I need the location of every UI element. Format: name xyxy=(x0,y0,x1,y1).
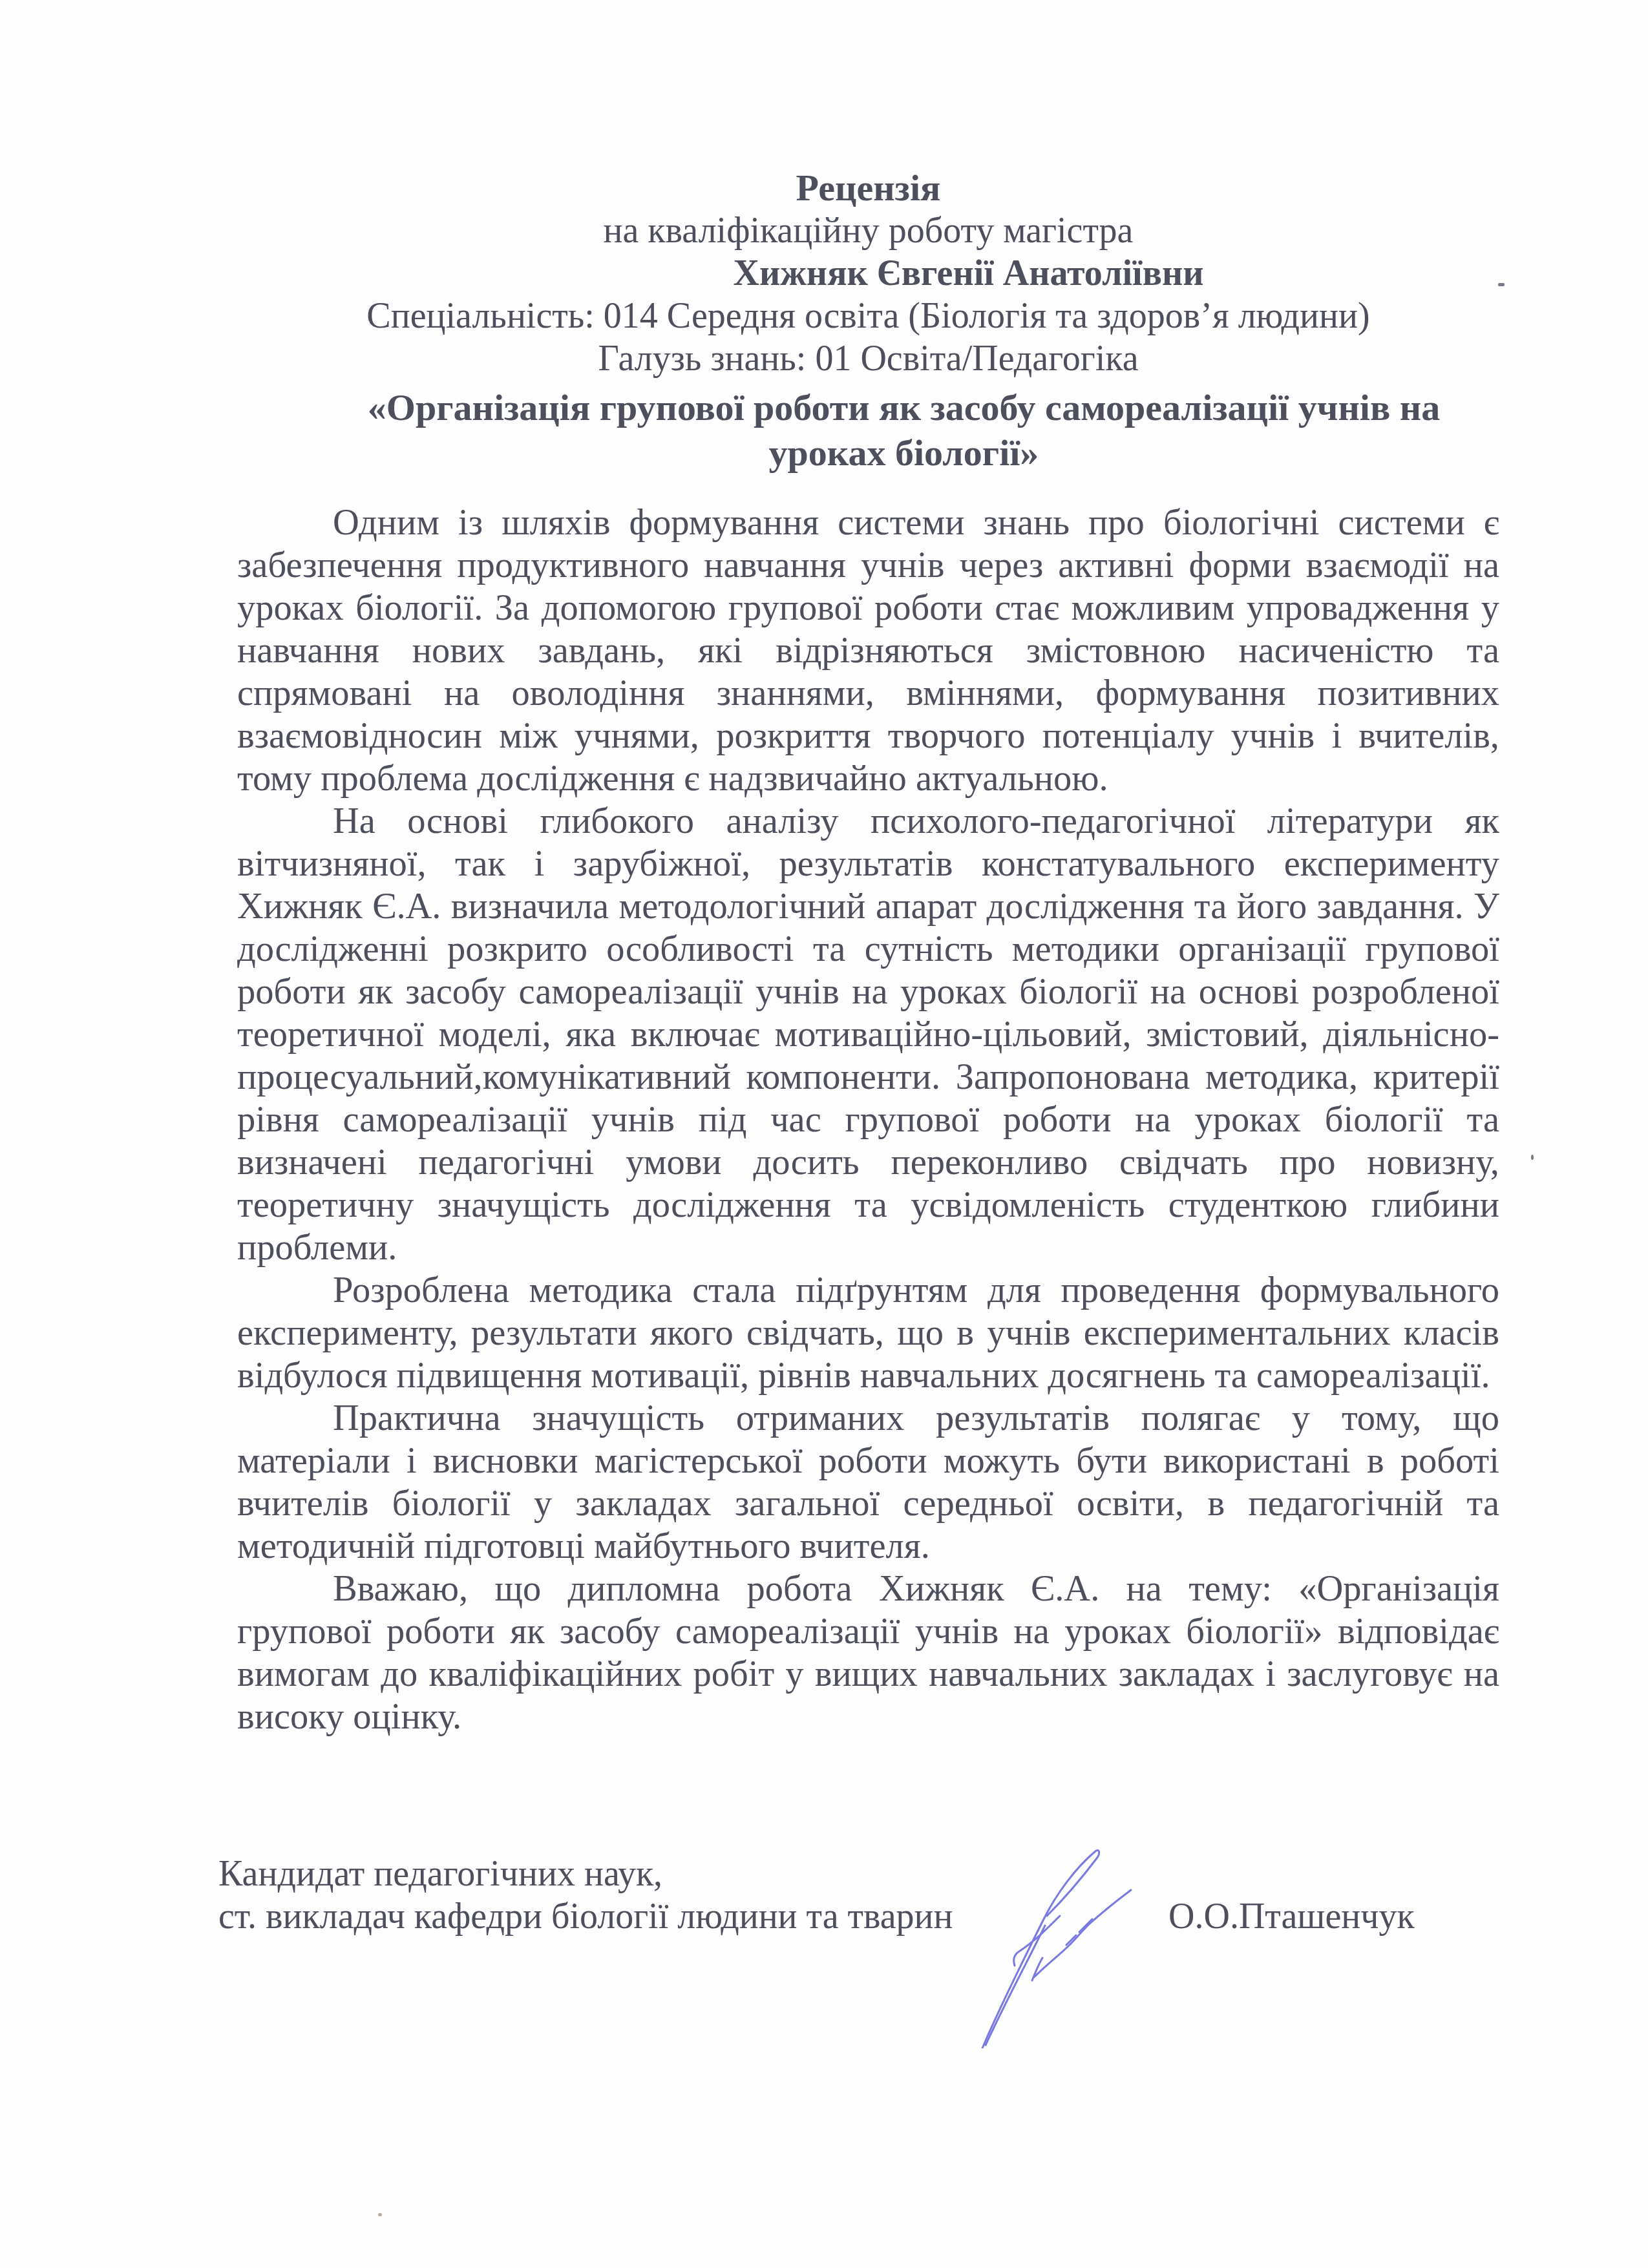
paragraph-relevance: Одним із шляхів формування системи знань… xyxy=(237,501,1499,800)
paragraph-experiment: Розроблена методика стала підґрунтям для… xyxy=(237,1269,1499,1397)
reviewer-name: О.О.Пташенчук xyxy=(1168,1895,1415,1938)
author-name: Хижняк Євгенії Анатоліївни xyxy=(237,252,1499,295)
reviewer-degree: Кандидат педагогічних наук, xyxy=(218,1853,1511,1895)
scan-speck xyxy=(1498,283,1505,286)
scan-speck xyxy=(1531,1155,1534,1160)
thesis-topic: «Організація групової роботи як засобу с… xyxy=(237,385,1499,476)
specialty-line: Спеціальність: 014 Середня освіта (Біоло… xyxy=(237,295,1499,337)
field-of-knowledge-line: Галузь знань: 01 Освіта/Педагогіка xyxy=(237,337,1499,380)
reviewer-signature-block: Кандидат педагогічних наук, ст. викладач… xyxy=(218,1853,1511,1938)
review-body: Одним із шляхів формування системи знань… xyxy=(237,501,1499,1738)
paragraph-methodology: На основі глибокого аналізу психолого-пе… xyxy=(237,800,1499,1269)
paragraph-practical-significance: Практична значущість отриманих результат… xyxy=(237,1397,1499,1568)
scan-speck xyxy=(378,2213,382,2216)
document-page: Рецензія на кваліфікаційну роботу магіст… xyxy=(0,0,1648,2268)
document-subtitle: на кваліфікаційну роботу магістра xyxy=(237,209,1499,252)
document-header: Рецензія на кваліфікаційну роботу магіст… xyxy=(237,167,1499,476)
paragraph-conclusion: Вважаю, що дипломна робота Хижняк Є.А. н… xyxy=(237,1568,1499,1738)
handwritten-signature-icon xyxy=(973,1848,1134,2048)
document-title: Рецензія xyxy=(237,167,1499,209)
